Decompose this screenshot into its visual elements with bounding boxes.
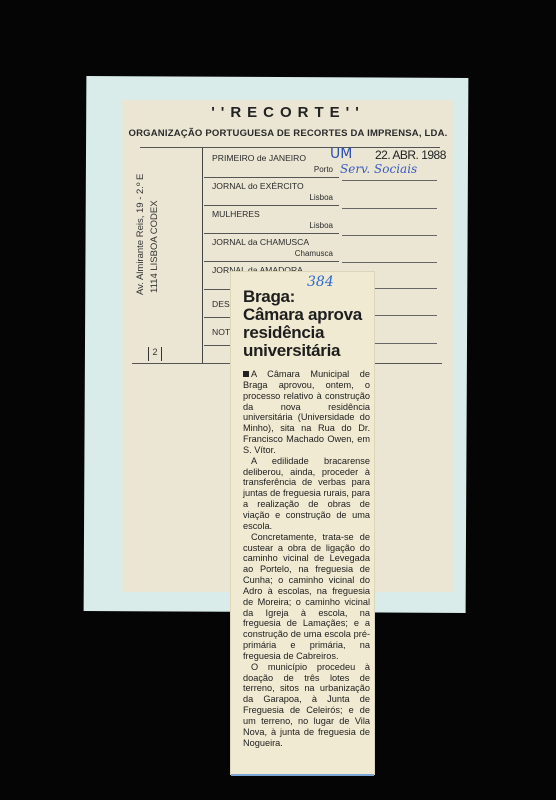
bullet-icon <box>243 371 249 377</box>
article-body: A Câmara Municipal de Braga aprovou, ont… <box>243 369 370 749</box>
headline-line: universitária <box>243 342 362 360</box>
article-paragraph: Concretamente, trata-se de custear a obr… <box>243 532 370 662</box>
address-line-1: Av. Almirante Reis, 19 - 2.º E <box>134 95 148 295</box>
card-title: ''RECORTE'' <box>122 104 454 121</box>
entry-line <box>342 235 437 236</box>
address-line-2: 1114 LISBOA CODEX <box>148 95 162 295</box>
newspaper-clipping: 384 Braga: Câmara aprova residência univ… <box>231 272 374 774</box>
page-number: 2 <box>148 347 162 361</box>
headline-line: Câmara aprova <box>243 306 362 324</box>
address-block: Av. Almirante Reis, 19 - 2.º E 1114 LISB… <box>134 95 162 295</box>
article-paragraph: A Câmara Municipal de Braga aprovou, ont… <box>243 369 370 455</box>
clipping-edge <box>231 774 374 776</box>
publication-item: JORNAL do EXÉRCITOLisboa <box>204 178 339 206</box>
handwritten-section: Serv. Sociais <box>340 162 417 176</box>
article-paragraph: A edilidade bracarense deliberou, ainda,… <box>243 456 370 532</box>
publication-item: MULHERESLisboa <box>204 206 339 234</box>
handwritten-source: UM <box>330 146 352 162</box>
article-paragraph: O município procedeu à doação de três lo… <box>243 662 370 749</box>
publication-city: Lisboa <box>309 193 333 202</box>
headline: Braga: Câmara aprova residência universi… <box>243 288 362 360</box>
publication-item: JORNAL da CHAMUSCAChamusca <box>204 234 339 262</box>
entry-line <box>342 262 437 263</box>
column-divider <box>202 148 203 363</box>
publication-city: Lisboa <box>309 221 333 230</box>
publication-city: Chamusca <box>295 249 333 258</box>
publication-name: MULHERES <box>212 209 260 219</box>
publication-item: PRIMEIRO de JANEIROPorto <box>204 150 339 178</box>
entry-line <box>342 180 437 181</box>
headline-line: Braga: <box>243 288 362 306</box>
entry-line <box>342 208 437 209</box>
date-stamp: 22. ABR. 1988 <box>375 148 446 162</box>
publication-name: JORNAL do EXÉRCITO <box>212 181 304 191</box>
card-subtitle: ORGANIZAÇÃO PORTUGUESA DE RECORTES DA IM… <box>122 128 454 139</box>
headline-line: residência <box>243 324 362 342</box>
publication-name: PRIMEIRO de JANEIRO <box>212 153 306 163</box>
publication-city: Porto <box>314 165 333 174</box>
publication-name: JORNAL da CHAMUSCA <box>212 237 309 247</box>
